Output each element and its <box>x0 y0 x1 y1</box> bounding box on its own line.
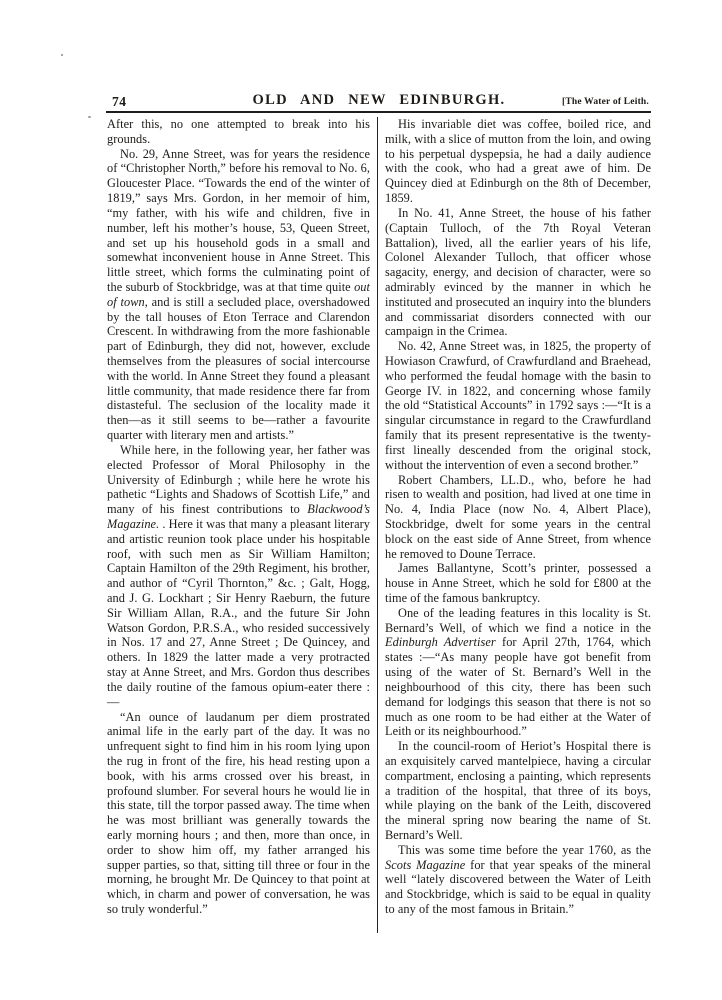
scan-speck <box>88 116 91 118</box>
body-text: James Ballantyne, Scott’s printer, posse… <box>385 561 651 605</box>
paragraph: In the council-room of Heriot’s Hospital… <box>385 739 651 843</box>
body-text: In No. 41, Anne Street, the house of his… <box>385 206 651 339</box>
body-text: Robert Chambers, LL.D., who, before he h… <box>385 473 651 561</box>
left-column: After this, no one attempted to break in… <box>107 117 370 917</box>
scan-speck <box>61 54 63 56</box>
body-text: “An ounce of laudanum per diem prostrate… <box>107 710 370 917</box>
body-text: After this, no one attempted to break in… <box>107 117 370 146</box>
paragraph: One of the leading features in this loca… <box>385 606 651 739</box>
header-rule <box>106 111 651 113</box>
body-text: . Here it was that many a pleasant liter… <box>107 517 370 709</box>
italic-text: Scots Magazine <box>385 858 465 872</box>
body-text: No. 42, Anne Street was, in 1825, the pr… <box>385 339 651 472</box>
paragraph: This was some time before the year 1760,… <box>385 843 651 917</box>
book-page: 74 OLD AND NEW EDINBURGH. [The Water of … <box>0 0 722 1000</box>
paragraph: His invariable diet was coffee, boiled r… <box>385 117 651 206</box>
body-text: One of the leading features in this loca… <box>385 606 651 635</box>
running-head: [The Water of Leith. <box>562 97 649 107</box>
body-text: This was some time before the year 1760,… <box>398 843 651 857</box>
page-header: 74 OLD AND NEW EDINBURGH. [The Water of … <box>107 91 651 111</box>
paragraph: In No. 41, Anne Street, the house of his… <box>385 206 651 339</box>
body-text: In the council-room of Heriot’s Hospital… <box>385 739 651 842</box>
column-divider <box>377 117 378 933</box>
paragraph: No. 42, Anne Street was, in 1825, the pr… <box>385 339 651 472</box>
body-text: , and is still a secluded place, oversha… <box>107 295 370 442</box>
paragraph: After this, no one attempted to break in… <box>107 117 370 147</box>
right-column: His invariable diet was coffee, boiled r… <box>385 117 651 917</box>
italic-text: Edinburgh Advertiser <box>385 635 496 649</box>
paragraph: No. 29, Anne Street, was for years the r… <box>107 147 370 443</box>
paragraph: James Ballantyne, Scott’s printer, posse… <box>385 561 651 605</box>
body-text: No. 29, Anne Street, was for years the r… <box>107 147 370 294</box>
body-text: for April 27th, 1764, which states :—“As… <box>385 635 651 738</box>
text-columns: After this, no one attempted to break in… <box>107 117 651 933</box>
body-text: His invariable diet was coffee, boiled r… <box>385 117 651 205</box>
paragraph: While here, in the following year, her f… <box>107 443 370 710</box>
paragraph: Robert Chambers, LL.D., who, before he h… <box>385 473 651 562</box>
paragraph: “An ounce of laudanum per diem prostrate… <box>107 710 370 917</box>
